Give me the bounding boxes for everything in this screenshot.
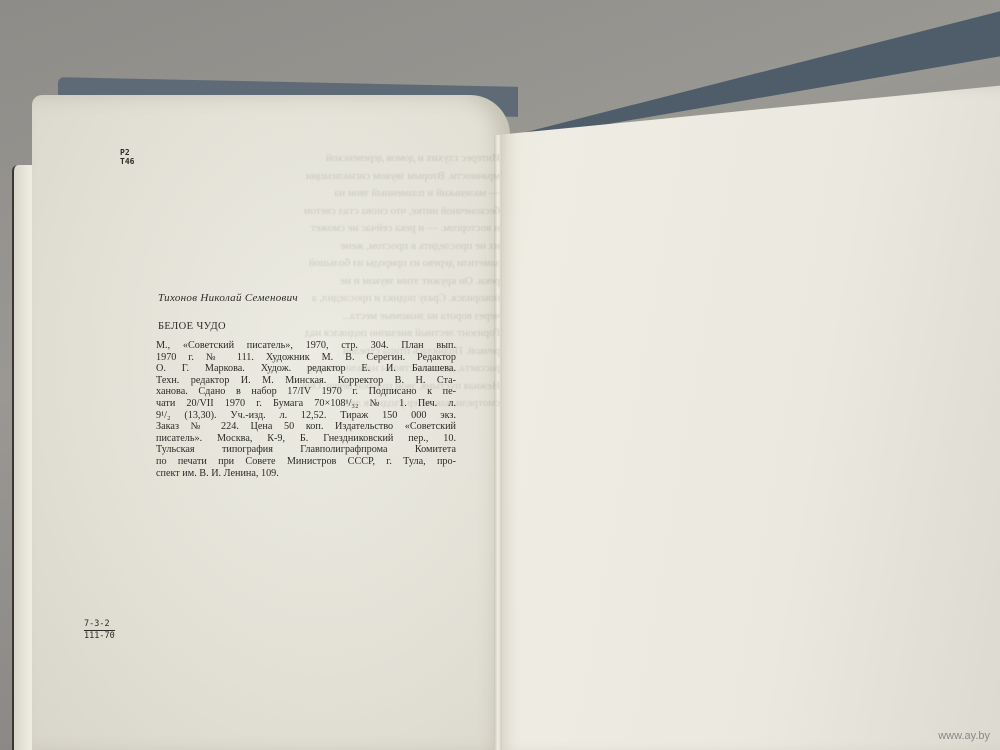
index-numerator: 7-3-2 [84, 619, 115, 631]
imprint-line: 1970 г. № 111. Художник М. В. Серегин. Р… [156, 352, 456, 364]
author-name: Тихонов Николай Семенович [158, 292, 298, 304]
index-denominator: 111-70 [84, 631, 115, 641]
bbk-line-2: Т46 [120, 157, 134, 166]
imprint-line: ханова. Сдано в набор 17/IV 1970 г. Подп… [156, 386, 456, 398]
imprint-line: чати 20/VII 1970 г. Бумага 70×108¹/₃₂ № … [156, 398, 456, 410]
watermark: www.ay.by [938, 730, 990, 742]
imprint-line: по печати при Совете Министров СССР, г. … [156, 456, 456, 468]
imprint-line: Заказ № 224. Цена 50 коп. Издательство «… [156, 421, 456, 433]
imprint-line: спект им. В. И. Ленина, 109. [156, 468, 456, 480]
imprint-line: Тульская типография Главполиграфпрома Ко… [156, 444, 456, 456]
imprint-line: писатель». Москва, К-9, Б. Гнездниковски… [156, 433, 456, 445]
imprint-block: М., «Советский писатель», 1970, стр. 304… [156, 340, 456, 479]
imprint-line: 9¹/₂ (13,30). Уч.-изд. л. 12,52. Тираж 1… [156, 410, 456, 422]
book-title: БЕЛОЕ ЧУДО [158, 321, 226, 332]
bbk-classification-code: Р2 Т46 [120, 148, 134, 166]
right-page [497, 85, 1000, 750]
bbk-line-1: Р2 [120, 148, 134, 157]
imprint-line: Техн. редактор И. М. Минская. Корректор … [156, 375, 456, 387]
imprint-line: М., «Советский писатель», 1970, стр. 304… [156, 340, 456, 352]
imprint-line: О. Г. Маркова. Худож. редактор Е. И. Бал… [156, 363, 456, 375]
publication-index-code: 7-3-2 111-70 [84, 619, 115, 641]
